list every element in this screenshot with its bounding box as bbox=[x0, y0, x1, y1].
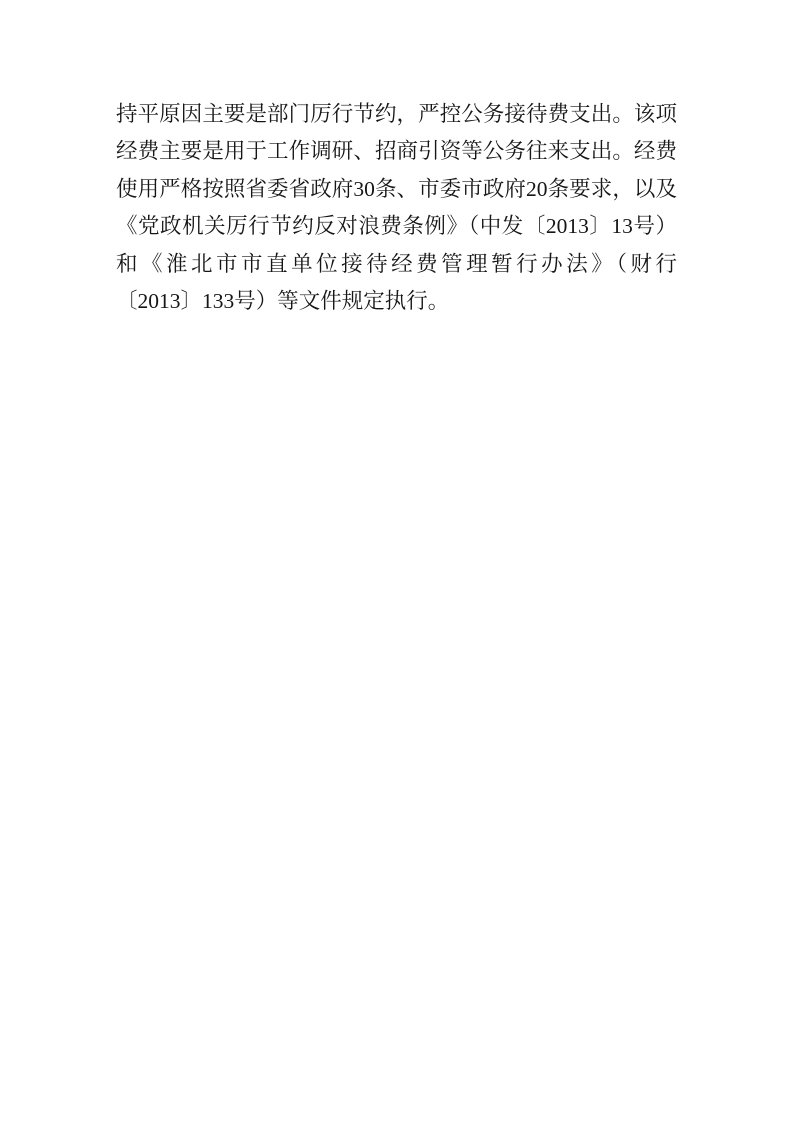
paragraph-line-6: 〔2013〕133号）等文件规定执行。 bbox=[116, 283, 677, 320]
paragraph-line-1: 持平原因主要是部门厉行节约，严控公务接待费支出。该项 bbox=[116, 96, 677, 133]
paragraph-line-5: 和《淮北市市直单位接待经费管理暂行办法》（财行 bbox=[116, 246, 677, 283]
document-page: 持平原因主要是部门厉行节约，严控公务接待费支出。该项 经费主要是用于工作调研、招… bbox=[0, 0, 793, 1122]
paragraph: 持平原因主要是部门厉行节约，严控公务接待费支出。该项 经费主要是用于工作调研、招… bbox=[116, 96, 677, 320]
paragraph-line-3: 使用严格按照省委省政府30条、市委市政府20条要求，以及 bbox=[116, 171, 677, 208]
paragraph-line-4: 《党政机关厉行节约反对浪费条例》（中发〔2013〕13号） bbox=[116, 208, 677, 245]
paragraph-line-2: 经费主要是用于工作调研、招商引资等公务往来支出。经费 bbox=[116, 133, 677, 170]
